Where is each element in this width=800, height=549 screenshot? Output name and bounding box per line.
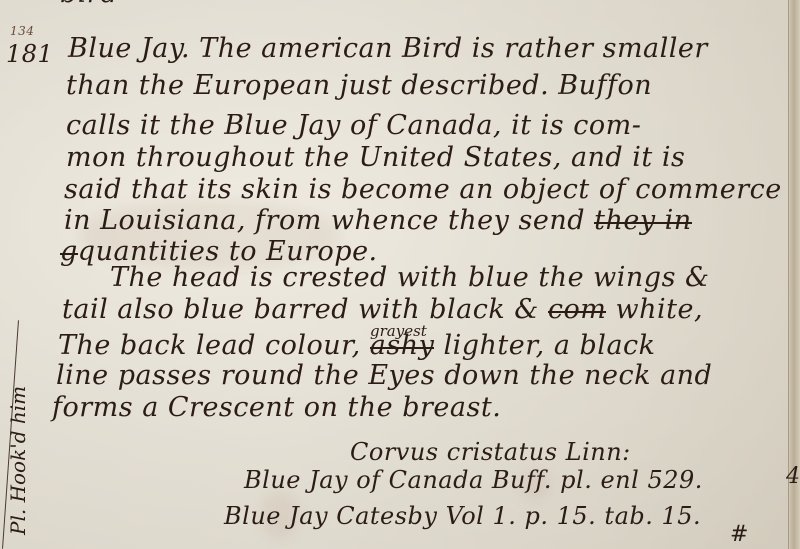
paragraph2-line3: The back lead colour, ashy lighter, a bl… — [58, 330, 656, 361]
paragraph2-line2-text: tail also blue barred with black & — [62, 294, 539, 325]
paragraph1-line5: said that its skin is become an object o… — [64, 174, 782, 205]
struck-out-text: g — [60, 236, 78, 267]
paragraph1-line2: than the European just described. Buffon — [66, 70, 652, 101]
latin-name: Corvus cristatus Linn: — [350, 438, 631, 466]
paragraph2-line3-end: lighter, a black — [443, 330, 655, 361]
manuscript-page: bird 134 181 Blue Jay. The american Bird… — [0, 0, 800, 549]
old-entry-number: 134 — [10, 24, 34, 38]
struck-out-text: they in — [594, 205, 692, 236]
paragraph2-line1: The head is crested with blue the wings … — [110, 262, 710, 293]
paragraph1-line6: in Louisiana, from whence they send they… — [64, 205, 692, 236]
paragraph1-line6-text: in Louisiana, from whence they send — [64, 205, 585, 236]
paragraph1-line1: Blue Jay. The american Bird is rather sm… — [68, 33, 708, 64]
paragraph2-line2-end: white, — [616, 294, 704, 325]
buffon-reference: Blue Jay of Canada Buff. pl. enl 529. — [244, 466, 703, 494]
entry-number: 181 — [6, 40, 53, 68]
paragraph2-line2: tail also blue barred with black & com w… — [62, 294, 703, 325]
paragraph1-line4: mon throughout the United States, and it… — [66, 142, 685, 173]
struck-out-text: com — [548, 294, 606, 325]
struck-out-text: ashy — [370, 330, 435, 361]
right-edge-fragment: 4 — [786, 464, 800, 489]
paragraph2-line5: forms a Crescent on the breast. — [52, 392, 501, 423]
catesby-reference: Blue Jay Catesby Vol 1. p. 15. tab. 15. — [224, 502, 701, 530]
paragraph1-line3: calls it the Blue Jay of Canada, it is c… — [66, 110, 641, 141]
paragraph2-line3-text: The back lead colour, — [58, 330, 361, 361]
margin-note: Pl. Hook'd him — [6, 386, 30, 535]
top-fragment-text: bird — [60, 0, 118, 9]
bottom-fragment: # — [730, 522, 749, 547]
paragraph2-line4: line passes round the Eyes down the neck… — [56, 360, 712, 391]
